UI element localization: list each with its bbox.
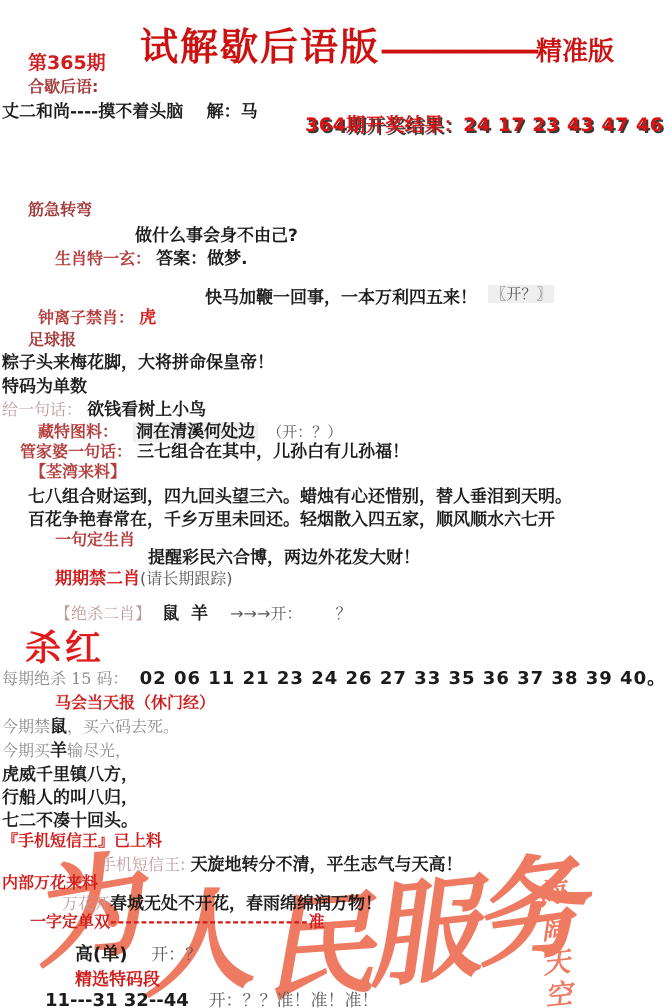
jingxuan-range-line: 11---31 32--44 开：？？准！准！准！ — [45, 986, 379, 1008]
football-text2: 特码为单数 — [2, 377, 87, 397]
watermark-side-char: 阔 — [540, 915, 570, 945]
mahui-l1-animal: 鼠 — [50, 717, 67, 737]
watermark-side-char: 空 — [544, 981, 574, 1008]
question-text: 做什么事会身不由己? — [135, 226, 298, 246]
quanwan-label: 【荃湾来料】 — [30, 462, 126, 481]
riddle-line: 丈二和尚----摸不着头脑 解：马 — [2, 97, 258, 122]
kill15-label: 每期绝杀 15 码： — [2, 669, 129, 688]
mahui-line1: 今期禁鼠，买六码去死。 — [2, 712, 179, 737]
last-draw-text: 364期开奖结果：24 17 23 43 47 46 T 49 — [305, 114, 668, 136]
one-char-dashes: -------------------------- — [110, 912, 309, 931]
mahui-l2-animal: 羊 — [50, 741, 67, 761]
kill15-numbers: 02 06 11 21 23 24 26 27 33 35 36 37 38 3… — [140, 668, 666, 689]
kill15-line: 每期绝杀 15 码： 02 06 11 21 23 24 26 27 33 35… — [2, 664, 666, 690]
horse-text: 快马加鞭一回事，一本万利四五来！ — [205, 288, 477, 308]
football-line2: 特码为单数 — [2, 372, 87, 397]
open-mark: 〖开？〗 — [488, 285, 554, 303]
riddle-answer: 解：马 — [207, 102, 258, 122]
kill-red-text: 杀红 — [25, 628, 105, 669]
kill-two-animals: 鼠 羊 — [162, 604, 211, 624]
sms-header-line: 『手机短信王』已上料 — [2, 828, 162, 851]
mahui-label: 马会当天报（休门经） — [55, 693, 215, 712]
ban-two-label: 期期禁二肖 — [55, 569, 140, 589]
answer-text: 答案：做梦. — [156, 249, 247, 269]
sms-header: 『手机短信王』已上料 — [2, 831, 162, 850]
title-suffix: 精准版 — [536, 37, 614, 67]
one-sentence-zodiac-label-line: 一句定生肖 — [55, 527, 135, 550]
guanjiapo-text: 三七组合在其中，儿孙白有儿孙福！ — [137, 442, 409, 462]
mahui-line2: 今期买羊输尽光， — [2, 736, 131, 761]
brainteaser-label: 筋急转弯 — [28, 200, 92, 219]
watermark-char: 务 — [465, 849, 591, 975]
quanwan-label-line: 【荃湾来料】 — [30, 459, 126, 482]
football-text1: 粽子头来梅花脚，大将拼命保皇帝！ — [2, 353, 274, 373]
zhongli-label: 钟离子禁肖： — [38, 308, 134, 327]
kill-two-result: ？ — [335, 604, 351, 623]
gao-line: 高(单) 开：？ — [75, 940, 202, 966]
mahui-label-line: 马会当天报（休门经） — [55, 690, 215, 713]
mahui-l4: 行船人的叫八归， — [2, 788, 138, 808]
one-char-result: 准 — [309, 912, 325, 931]
issue-number: 第365期 — [28, 48, 106, 75]
sms-label: 手机短信王: — [100, 855, 185, 874]
last-draw-result: 364期开奖结果：24 17 23 43 47 46 T 49 — [305, 110, 668, 137]
one-sentence-zodiac-label: 一句定生肖 — [55, 530, 135, 549]
mahui-l3: 虎威千里镇八方， — [2, 765, 138, 785]
arrows-glyph: →→→ — [230, 604, 270, 623]
jingxuan-open: 开：？？准！准！准！ — [209, 991, 379, 1008]
mahui-l2-post: 输尽光， — [67, 741, 131, 760]
one-char-label: 一字定单双 — [30, 912, 110, 931]
sms-text: 天旋地转分不清，平生志气与天高！ — [191, 855, 463, 875]
horse-line: 快马加鞭一回事，一本万利四五来！ 〖开？〗 — [205, 283, 554, 308]
ban-two-line: 期期禁二肖(请长期跟踪) — [55, 564, 233, 589]
watermark-side-char: 海 — [537, 879, 567, 909]
riddle-label-line: 合歇后语: — [28, 74, 98, 97]
mahui-l2-pre: 今期买 — [2, 741, 50, 760]
kill-two-open: 开： — [270, 604, 302, 623]
quanwan-line1: 七八组合财运到，四九回头望三六。蜡烛有心还惜别，替人垂泪到天明。 — [28, 482, 572, 507]
riddle-text: 丈二和尚----摸不着头脑 — [2, 102, 183, 122]
brainteaser-label-line: 筋急转弯 — [28, 197, 92, 220]
quanwan-text1: 七八组合财运到，四九回头望三六。蜡烛有心还惜别，替人垂泪到天明。 — [28, 487, 572, 507]
mahui-l1-pre: 今期禁 — [2, 717, 50, 736]
zodiac-answer-line: 生肖特一玄： 答案：做梦. — [55, 244, 248, 269]
zodiac-label: 生肖特一玄： — [55, 249, 151, 268]
football-line1: 粽子头来梅花脚，大将拼命保皇帝！ — [2, 348, 274, 373]
mahui-line4: 行船人的叫八归， — [2, 783, 138, 808]
jingxuan-range: 11---31 32--44 — [45, 990, 189, 1008]
football-label-line: 足球报 — [28, 327, 76, 350]
riddle-label: 合歇后语: — [28, 77, 98, 96]
issue-label: 第365期 — [28, 52, 106, 74]
one-char-line: 一字定单双--------------------------准 — [30, 909, 325, 932]
brainteaser-question: 做什么事会身不由己? — [135, 221, 298, 246]
football-label: 足球报 — [28, 330, 76, 349]
title-main: 试解歇后语版 — [140, 25, 380, 69]
sms-line: 手机短信王: 天旋地转分不清，平生志气与天高！ — [100, 850, 463, 875]
zhongli-animal: 虎 — [139, 308, 156, 328]
title-dash: —————— — [380, 33, 536, 68]
zhongli-line: 钟离子禁肖： 虎 — [38, 303, 156, 328]
mahui-l1-post: ，买六码去死。 — [67, 717, 179, 736]
gao-open: 开：？ — [151, 945, 202, 965]
document-page: 为 人 民 服 务 海 阔 天 空 试解歇后语版——————精准版 第365期 … — [0, 0, 668, 1008]
mahui-line3: 虎威千里镇八方， — [2, 760, 138, 785]
page-title: 试解歇后语版——————精准版 — [140, 16, 614, 71]
ban-two-note: (请长期跟踪) — [140, 569, 233, 588]
watermark-side-char: 天 — [542, 949, 572, 979]
gao-label: 高(单) — [75, 944, 127, 965]
